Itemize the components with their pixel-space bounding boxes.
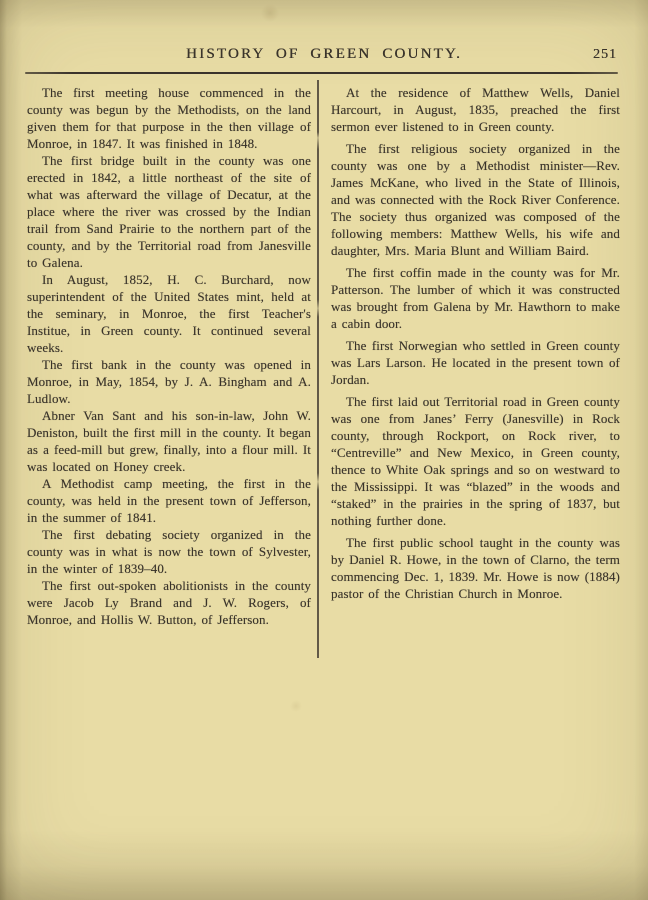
paragraph: In August, 1852, H. C. Burchard, now sup… [27,271,311,356]
page-header-title: HISTORY OF GREEN COUNTY. [0,46,648,63]
paragraph: The first debating society organized in … [27,526,311,577]
paragraph: The first laid out Territorial road in G… [331,393,620,529]
page-number: 251 [593,47,617,63]
paragraph: The first coffin made in the county was … [331,264,620,332]
paragraph: The first bank in the county was opened … [27,356,311,407]
paragraph: The first Norwegian who settled in Green… [331,337,620,388]
paragraph: At the residence of Matthew Wells, Danie… [331,84,620,135]
paragraph: The first meeting house commenced in the… [27,84,311,152]
right-column: At the residence of Matthew Wells, Danie… [331,84,620,607]
paragraph: The first public school taught in the co… [331,534,620,602]
paragraph: The first religious society organized in… [331,140,620,259]
column-divider [317,80,319,658]
paragraph: The first bridge built in the county was… [27,152,311,271]
paragraph: A Methodist camp meeting, the first in t… [27,475,311,526]
page-header: HISTORY OF GREEN COUNTY. 251 [0,46,648,66]
book-page: HISTORY OF GREEN COUNTY. 251 The first m… [0,0,648,900]
paragraph: The first out-spoken abolitionists in th… [27,577,311,628]
header-rule [25,72,618,74]
left-column: The first meeting house commenced in the… [27,84,311,628]
paragraph: Abner Van Sant and his son-in-law, John … [27,407,311,475]
